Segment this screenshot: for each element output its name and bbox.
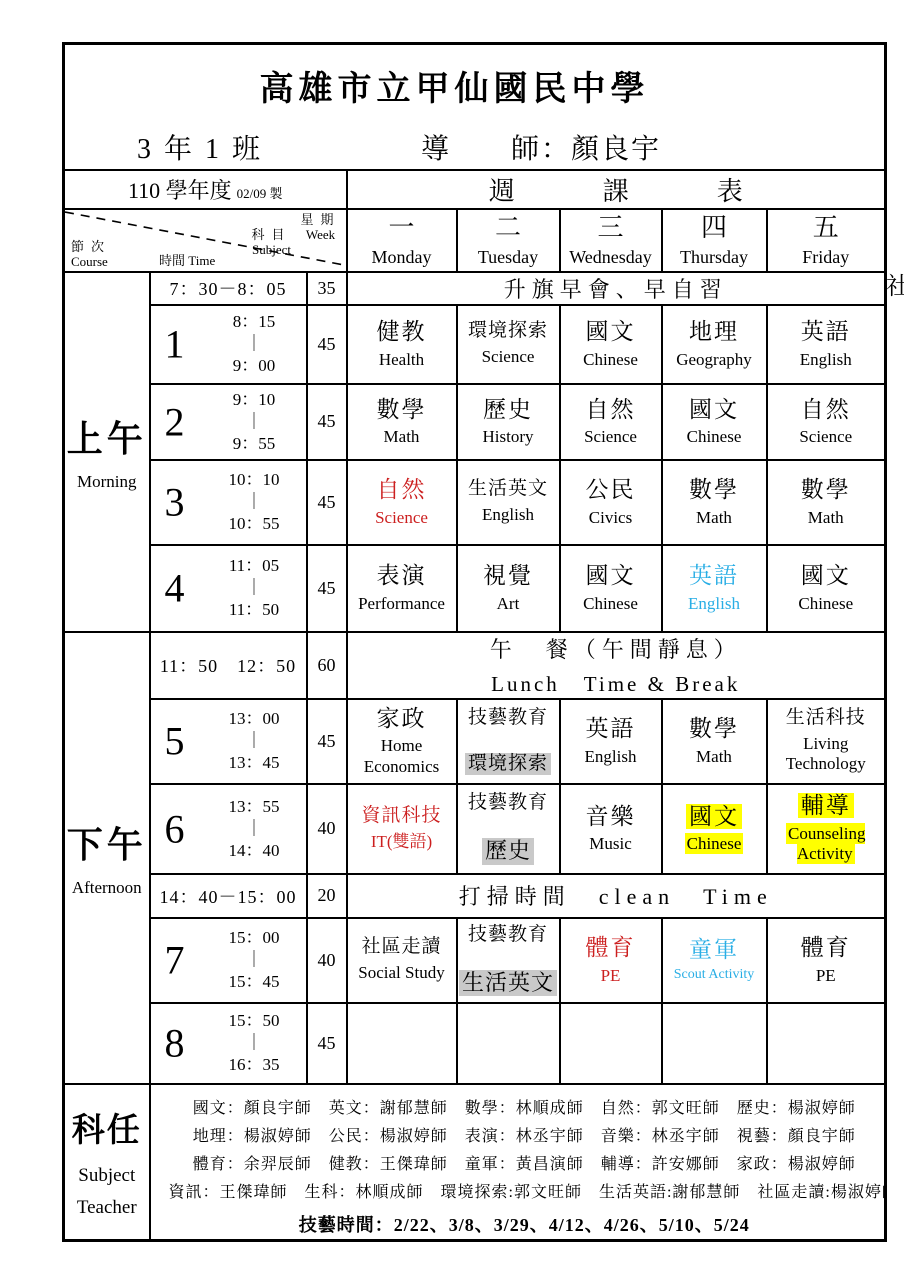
corner-subject-label: 科目 Subject [251,227,291,257]
lesson-tue-7: 技藝教育生活英文 [457,918,560,1003]
lesson-tue-1: 環境探索Science [457,305,560,384]
lesson-thu-3: 數學Math [662,460,767,545]
flag-minutes: 35 [307,272,347,305]
period-row-8: 8 15：50｜16：35 45 [64,1003,886,1084]
clipped-edge-character: 社 [886,266,904,301]
corner-week-label: 星期 Week [300,212,340,242]
period-row-7: 7 15：00｜15：45 40 社區走讀Social Study 技藝教育生活… [64,918,886,1003]
lunch-time: 11：50 12：50 [150,632,307,699]
lesson-thu-8 [662,1003,767,1084]
timetable-sheet: 高雄市立甲仙國民中學 3 年 1 班 導 師：顏良宇 110 學年度02/09 … [0,0,904,1280]
duration-cell: 45 [307,545,347,632]
period-time: 10：10｜10：55 [203,469,306,535]
staff-line: 地理：楊淑婷師 公民：楊淑婷師 表演：林丞宇師 音樂：林丞宇師 視藝：顏良宇師 [169,1123,881,1151]
lesson-wed-8 [560,1003,662,1084]
period-time: 15：00｜15：45 [203,927,306,993]
staff-line: 資訊：王傑瑋師 生科：林順成師 環境探索:郭文旺師 生活英語:謝郁慧師 社區走讀… [169,1179,881,1207]
lesson-wed-7: 體育PE [560,918,662,1003]
flag-activity: 升旗早會、早自習 [347,272,886,305]
period-time: 9：10｜9：55 [203,389,306,455]
lesson-fri-1: 英語English [767,305,886,384]
period-row-5: 5 13：00｜13：45 45 家政Home Economics 技藝教育環境… [64,699,886,784]
period-cell: 7 15：00｜15：45 [150,918,307,1003]
lesson-fri-2: 自然Science [767,384,886,460]
school-name: 高雄市立甲仙國民中學 [65,61,844,110]
lesson-mon-2: 數學Math [347,384,457,460]
period-row-6: 6 13：55｜14：40 40 資訊科技IT(雙語) 技藝教育歷史 音樂Mus… [64,784,886,874]
lesson-wed-6: 音樂Music [560,784,662,874]
staff-line: 體育：余羿辰師 健教：王傑瑋師 童軍：黃昌演師 輔導：許安娜師 家政：楊淑婷師 [169,1151,881,1179]
lesson-mon-6: 資訊科技IT(雙語) [347,784,457,874]
period-time: 11：05｜11：50 [203,555,306,621]
year-row: 110 學年度02/09 製 週課表 [64,170,886,209]
corner-cell: 星期 Week 科目 Subject 節次 Course 時間 Time [64,209,347,272]
duration-cell: 45 [307,305,347,384]
lesson-fri-7: 體育PE [767,918,886,1003]
period-row-2: 2 9：10｜9：55 45 數學Math 歷史History 自然Scienc… [64,384,886,460]
lesson-thu-5: 數學Math [662,699,767,784]
period-cell: 3 10：10｜10：55 [150,460,307,545]
section-afternoon: 下午 Afternoon [64,632,150,1084]
title-row: 高雄市立甲仙國民中學 3 年 1 班 導 師：顏良宇 [64,44,886,170]
lesson-tue-3: 生活英文English [457,460,560,545]
lesson-fri-8 [767,1003,886,1084]
school-year-cell: 110 學年度02/09 製 [64,170,347,209]
period-number: 1 [165,321,185,368]
lesson-fri-6: 輔導Counseling Activity [767,784,886,874]
corner-time-label: 時間 Time [159,253,215,268]
school-year-label: 110 學年度 [128,178,232,203]
flag-time: 7：30－8：05 [150,272,307,305]
lesson-tue-2: 歷史History [457,384,560,460]
period-cell: 5 13：00｜13：45 [150,699,307,784]
duration-cell: 40 [307,784,347,874]
period-time: 13：00｜13：45 [203,708,306,774]
day-header-friday: 五Friday [767,209,886,272]
lesson-mon-4: 表演Performance [347,545,457,632]
day-header-tuesday: 二Tuesday [457,209,560,272]
lesson-fri-4: 國文Chinese [767,545,886,632]
lunch-row: 下午 Afternoon 11：50 12：50 60 午 餐（午間靜息） Lu… [64,632,886,699]
lesson-tue-5: 技藝教育環境探索 [457,699,560,784]
cleaning-activity: 打掃時間 clean Time [347,874,886,918]
period-row-3: 3 10：10｜10：55 45 自然Science 生活英文English 公… [64,460,886,545]
cleaning-minutes: 20 [307,874,347,918]
lesson-wed-1: 國文Chinese [560,305,662,384]
period-cell: 8 15：50｜16：35 [150,1003,307,1084]
period-row-4: 4 11：05｜11：50 45 表演Performance 視覺Art 國文C… [64,545,886,632]
staff-row: 科任 Subject Teacher 國文：顏良宇師 英文：謝郁慧師 數學：林順… [64,1084,886,1241]
lesson-wed-2: 自然Science [560,384,662,460]
period-cell: 6 13：55｜14：40 [150,784,307,874]
period-number: 3 [165,479,185,526]
lesson-thu-1: 地理Geography [662,305,767,384]
period-number: 4 [165,565,185,612]
timetable-table: 高雄市立甲仙國民中學 3 年 1 班 導 師：顏良宇 110 學年度02/09 … [62,42,887,1242]
lesson-wed-4: 國文Chinese [560,545,662,632]
day-header-monday: 一Monday [347,209,457,272]
duration-cell: 45 [307,460,347,545]
day-header-wednesday: 三Wednesday [560,209,662,272]
title-cell: 高雄市立甲仙國民中學 3 年 1 班 導 師：顏良宇 [64,44,886,170]
staff-label-cell: 科任 Subject Teacher [64,1084,150,1241]
lesson-tue-4: 視覺Art [457,545,560,632]
lesson-fri-3: 數學Math [767,460,886,545]
cleaning-time: 14：40－15：00 [150,874,307,918]
weekly-timetable-title: 週課表 [347,170,886,209]
lesson-tue-6: 技藝教育歷史 [457,784,560,874]
period-cell: 2 9：10｜9：55 [150,384,307,460]
section-morning: 上午 Morning [64,272,150,632]
lesson-mon-8 [347,1003,457,1084]
period-number: 2 [165,398,185,445]
period-number: 6 [165,805,185,852]
lesson-tue-8 [457,1003,560,1084]
duration-cell: 45 [307,699,347,784]
lunch-activity: 午 餐（午間靜息） Lunch Time & Break [347,632,886,699]
period-number: 5 [165,718,185,765]
made-date-label: 02/09 製 [237,186,283,201]
lunch-minutes: 60 [307,632,347,699]
day-header-thursday: 四Thursday [662,209,767,272]
lesson-thu-4: 英語English [662,545,767,632]
period-cell: 4 11：05｜11：50 [150,545,307,632]
period-number: 7 [165,937,185,984]
skill-class-schedule: 技藝時間：2/22、3/8、3/29、4/12、4/26、5/10、5/24 [169,1211,881,1239]
staff-list-cell: 國文：顏良宇師 英文：謝郁慧師 數學：林順成師 自然：郭文旺師 歷史：楊淑婷師 … [150,1084,886,1241]
homeroom-teacher-label: 導 師：顏良宇 [421,127,661,167]
period-number: 8 [165,1020,185,1067]
duration-cell: 45 [307,1003,347,1084]
cleaning-row: 14：40－15：00 20 打掃時間 clean Time [64,874,886,918]
period-cell: 1 8：15｜9：00 [150,305,307,384]
period-time: 15：50｜16：35 [203,1010,306,1076]
lesson-thu-6: 國文Chinese [662,784,767,874]
period-time: 8：15｜9：00 [203,311,306,377]
corner-course-label: 節次 Course [71,239,111,269]
period-row-1: 1 8：15｜9：00 45 健教Health 環境探索Science 國文Ch… [64,305,886,384]
lesson-mon-3: 自然Science [347,460,457,545]
lesson-thu-7: 童軍Scout Activity [662,918,767,1003]
lesson-fri-5: 生活科技Living Technology [767,699,886,784]
class-label: 3 年 1 班 [137,127,263,167]
period-time: 13：55｜14：40 [203,796,306,862]
day-header-row: 星期 Week 科目 Subject 節次 Course 時間 Time [64,209,886,272]
lesson-wed-5: 英語English [560,699,662,784]
lesson-mon-1: 健教Health [347,305,457,384]
staff-line: 國文：顏良宇師 英文：謝郁慧師 數學：林順成師 自然：郭文旺師 歷史：楊淑婷師 [169,1095,881,1123]
lesson-mon-7: 社區走讀Social Study [347,918,457,1003]
flag-row: 上午 Morning 7：30－8：05 35 升旗早會、早自習 [64,272,886,305]
duration-cell: 40 [307,918,347,1003]
lesson-wed-3: 公民Civics [560,460,662,545]
class-teacher-line: 3 年 1 班 導 師：顏良宇 [65,127,884,163]
lesson-mon-5: 家政Home Economics [347,699,457,784]
lesson-thu-2: 國文Chinese [662,384,767,460]
duration-cell: 45 [307,384,347,460]
